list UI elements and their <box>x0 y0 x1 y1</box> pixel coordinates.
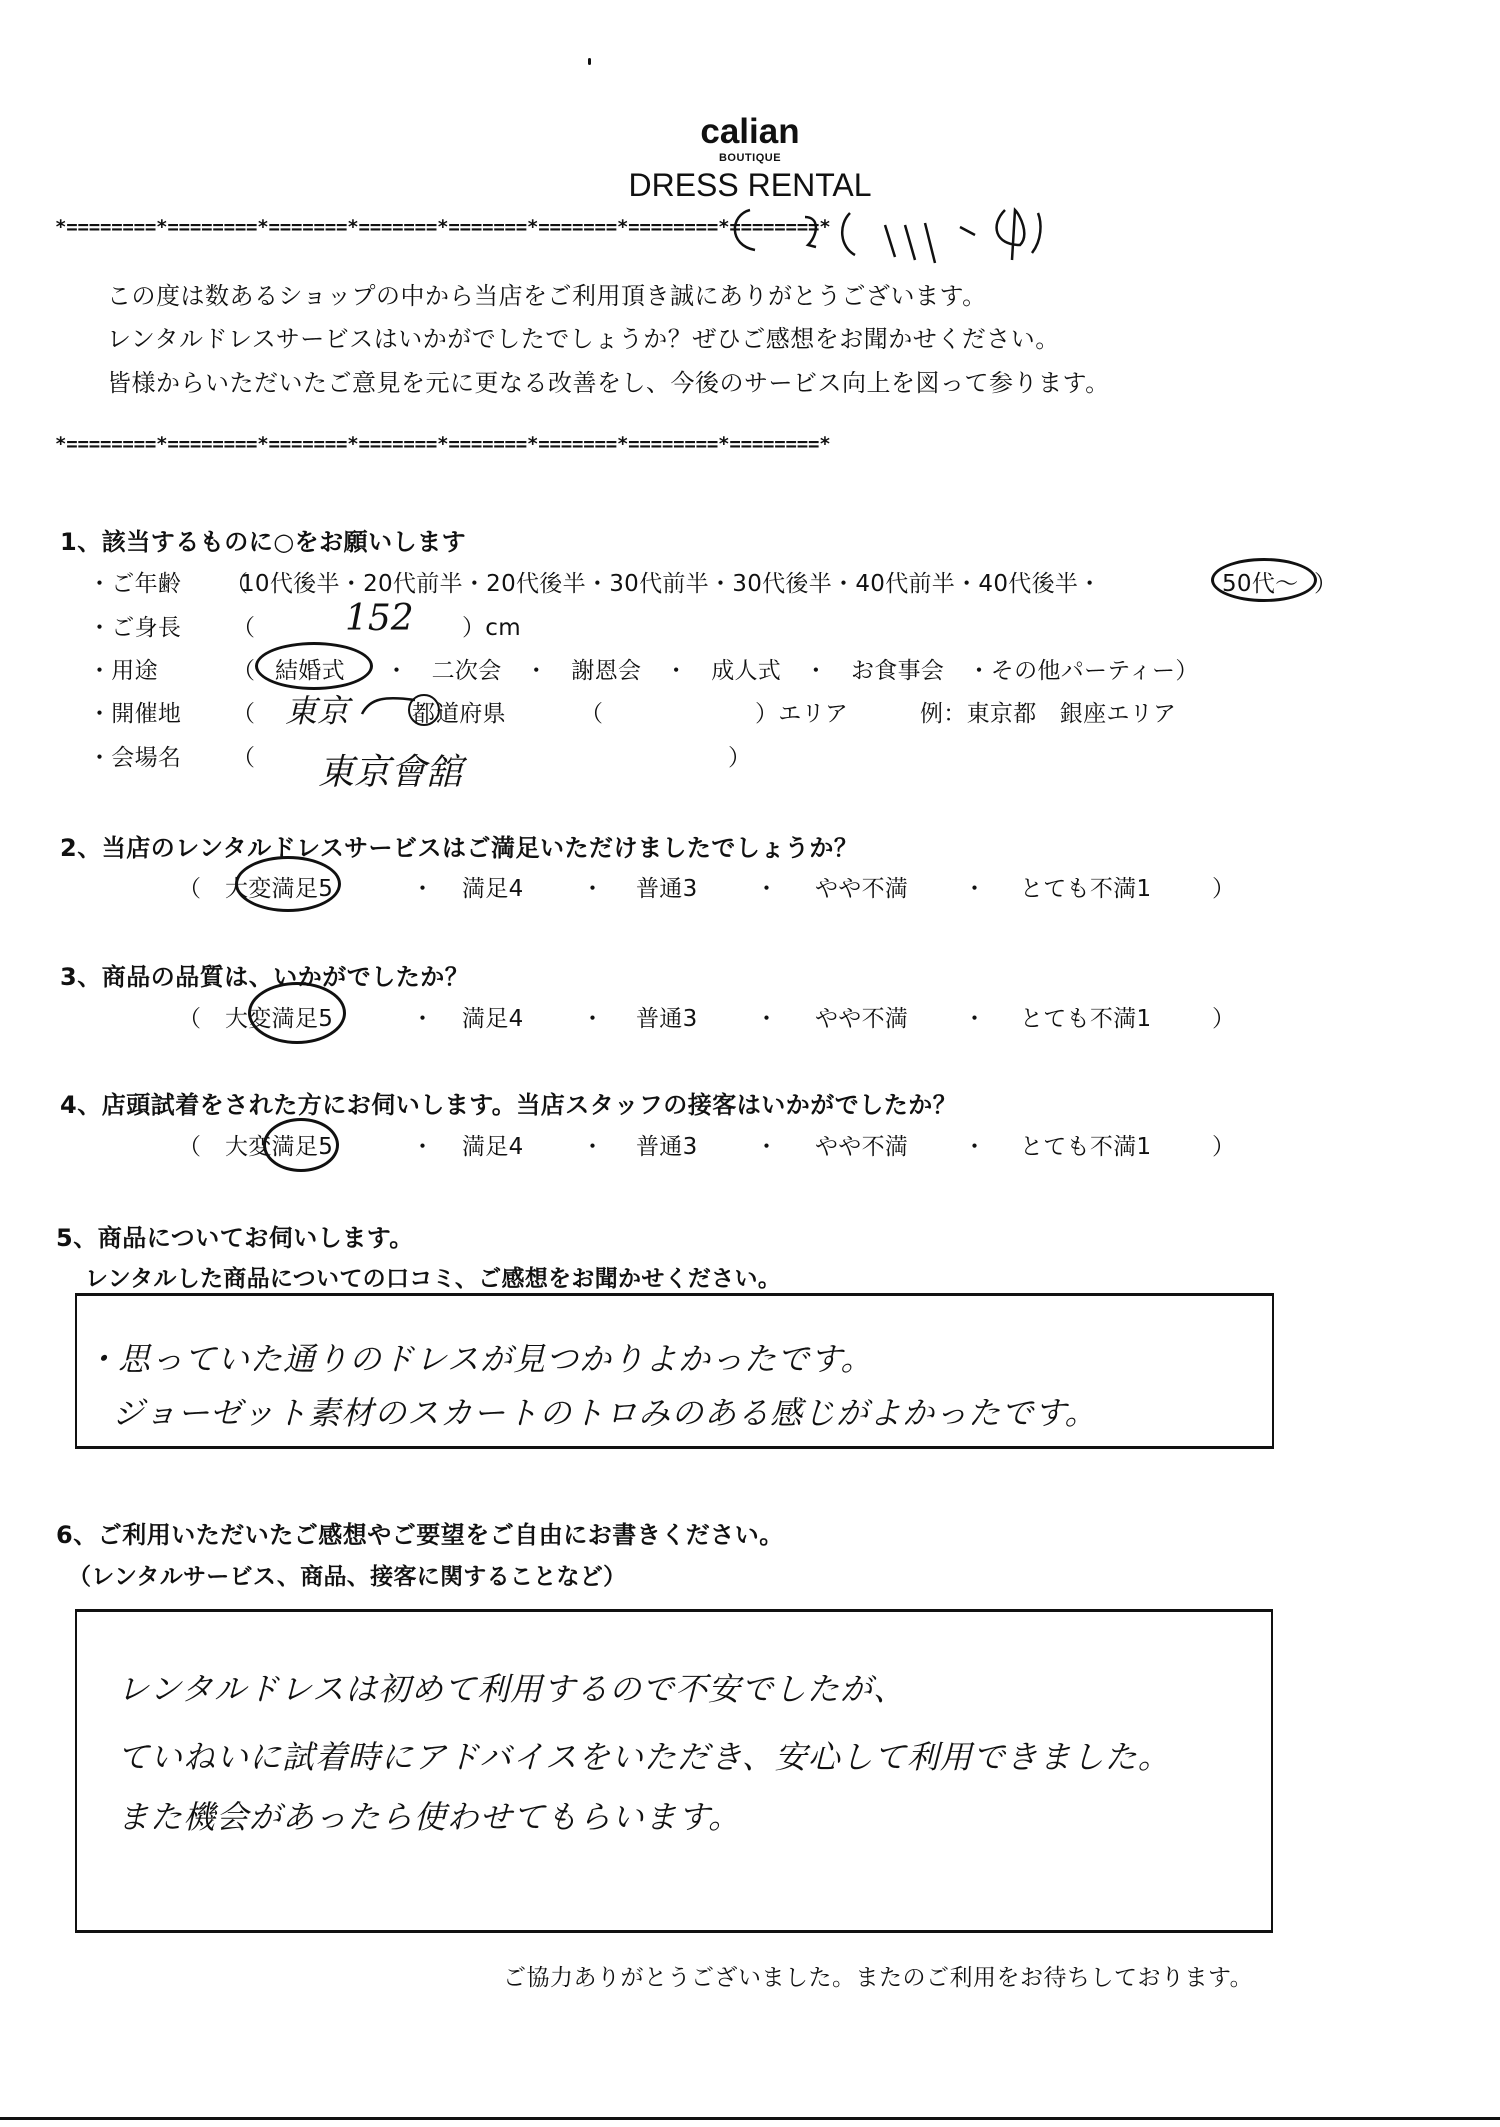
q3-selection-circle <box>248 982 346 1044</box>
area-open-paren: （ <box>580 695 603 728</box>
question-6-title: 6、ご利用いただいたご感想やご要望をご自由にお書きください。 <box>56 1515 784 1550</box>
venue-prefecture-value[interactable]: 東京 <box>285 686 349 732</box>
q2-option-somewhat-dissatisfied[interactable]: やや不満 <box>815 870 908 903</box>
q3-option-somewhat-dissatisfied[interactable]: やや不満 <box>815 1000 908 1033</box>
handwritten-scribble-mark <box>720 205 1080 265</box>
height-open-paren: （ <box>232 609 255 642</box>
separator-bottom: *========*========*=======*=======*=====… <box>55 433 831 455</box>
question-6-subtitle: （レンタルサービス、商品、接客に関することなど） <box>68 1558 626 1591</box>
q4-option-satisfied[interactable]: 満足4 <box>462 1128 524 1161</box>
question-3-title: 3、商品の品質は、いかがでしたか？ <box>60 957 469 992</box>
venue-name-open-paren: （ <box>232 739 255 772</box>
height-unit: ）cm <box>462 609 521 642</box>
q3-option-very-dissatisfied[interactable]: とても不満1 <box>1020 1000 1151 1033</box>
q3-dot: ・ <box>581 1000 604 1033</box>
purpose-selection-circle <box>255 642 373 690</box>
q3-dot: ・ <box>411 1000 434 1033</box>
venue-name-value[interactable]: 東京會舘 <box>318 744 462 795</box>
q6-answer-box[interactable]: レンタルドレスは初めて利用するので不安でしたが、 ていねいに試着時にアドバイスを… <box>75 1609 1273 1933</box>
form-title: DRESS RENTAL <box>0 167 1500 204</box>
question-1-title: 1、該当するものに○をお願いします <box>60 522 466 557</box>
page-bottom-rule <box>0 2117 1500 2120</box>
venue-name-close-paren: ） <box>728 739 751 772</box>
q4-dot: ・ <box>581 1128 604 1161</box>
q2-option-neutral[interactable]: 普通3 <box>636 870 698 903</box>
area-close-paren: ）エリア <box>755 695 848 728</box>
q4-option-very-dissatisfied[interactable]: とても不満1 <box>1020 1128 1151 1161</box>
q6-answer-line-2: ていねいに試着時にアドバイスをいただき、安心して利用できました。 <box>117 1732 1171 1778</box>
question-5-title: 5、商品についてお伺いします。 <box>56 1218 414 1253</box>
q2-dot: ・ <box>963 870 986 903</box>
purpose-label: ・用途 <box>88 652 158 685</box>
purpose-options-rest: ・ 二次会 ・ 謝恩会 ・ 成人式 ・ お食事会 ・その他パーティー） <box>385 652 1199 685</box>
q2-option-very-dissatisfied[interactable]: とても不満1 <box>1020 870 1151 903</box>
height-label: ・ご身長 <box>88 609 181 642</box>
q6-answer-line-3: また機会があったら使わせてもらいます。 <box>117 1792 741 1838</box>
venue-location-open-paren: （ <box>232 695 255 728</box>
venue-name-label: ・会場名 <box>88 739 181 772</box>
brand-logo-name: calian <box>0 112 1500 152</box>
q5-answer-box[interactable]: ・思っていた通りのドレスが見つかりよかったです。 ジョーゼット素材のスカートのト… <box>75 1293 1274 1449</box>
q2-open-paren: （ <box>178 870 201 903</box>
q3-open-paren: （ <box>178 1000 201 1033</box>
question-4-title: 4、店頭試着をされた方にお伺いします。当店スタッフの接客はいかがでしたか？ <box>60 1085 957 1120</box>
q2-selection-circle <box>235 856 341 912</box>
question-2-title: 2、当店のレンタルドレスサービスはご満足いただけましたでしょうか？ <box>60 828 858 863</box>
purpose-open-paren: （ <box>232 652 255 685</box>
venue-location-label: ・開催地 <box>88 695 181 728</box>
q2-close-paren: ） <box>1212 870 1235 903</box>
prefecture-suffix-rest: 道府県 <box>436 695 506 728</box>
q3-option-satisfied[interactable]: 満足4 <box>462 1000 524 1033</box>
age-label: ・ご年齢 <box>88 565 181 598</box>
intro-line-3: 皆様からいただいたご意見を元に更なる改善をし、今後のサービス向上を図って参ります… <box>107 363 1110 398</box>
q2-dot: ・ <box>411 870 434 903</box>
question-5-subtitle: レンタルした商品についての口コミ、ご感想をお聞かせください。 <box>85 1260 781 1293</box>
q4-dot: ・ <box>755 1128 778 1161</box>
brand-logo-subtitle: BOUTIQUE <box>0 152 1500 164</box>
age-selection-circle <box>1211 558 1317 602</box>
intro-line-1: この度は数あるショップの中から当店をご利用頂き誠にありがとうございます。 <box>107 276 987 311</box>
age-options: 10代後半・20代前半・20代後半・30代前半・30代後半・40代前半・40代後… <box>240 565 1101 598</box>
q3-dot: ・ <box>755 1000 778 1033</box>
q3-dot: ・ <box>963 1000 986 1033</box>
q4-dot: ・ <box>411 1128 434 1161</box>
q3-option-neutral[interactable]: 普通3 <box>636 1000 698 1033</box>
q4-option-neutral[interactable]: 普通3 <box>636 1128 698 1161</box>
q4-open-paren: （ <box>178 1128 201 1161</box>
q4-option-somewhat-dissatisfied[interactable]: やや不満 <box>815 1128 908 1161</box>
q4-close-paren: ） <box>1212 1128 1235 1161</box>
q2-dot: ・ <box>581 870 604 903</box>
venue-location-example: 例：東京都 銀座エリア <box>920 695 1176 728</box>
age-close-paren: ） <box>1314 565 1337 598</box>
height-value[interactable]: 152 <box>345 598 414 639</box>
intro-line-2: レンタルドレスサービスはいかがでしたでしょうか？ぜひご感想をお聞かせください。 <box>107 319 1060 354</box>
q3-close-paren: ） <box>1212 1000 1235 1033</box>
q4-dot: ・ <box>963 1128 986 1161</box>
q6-answer-line-1: レンタルドレスは初めて利用するので不安でしたが、 <box>117 1664 906 1710</box>
q2-option-satisfied[interactable]: 満足4 <box>462 870 524 903</box>
q2-dot: ・ <box>755 870 778 903</box>
q5-answer-line-1: ・思っていた通りのドレスが見つかりよかったです。 <box>85 1334 873 1380</box>
q4-selection-circle <box>263 1118 339 1172</box>
closing-message: ご協力ありがとうございました。またのご利用をお待ちしております。 <box>503 1959 1253 1992</box>
separator-top: *========*========*=======*=======*=====… <box>55 216 831 238</box>
q5-answer-line-2: ジョーゼット素材のスカートのトロみのある感じがよかったです。 <box>112 1388 1098 1434</box>
stray-mark <box>588 58 591 65</box>
